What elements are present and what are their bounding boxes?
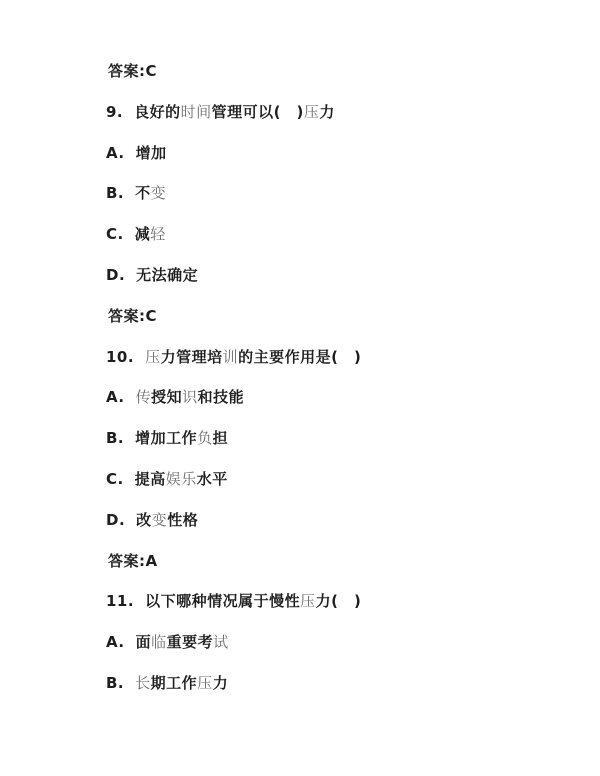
text-segment: 传 [136, 388, 152, 406]
line-marker: 11. [106, 593, 134, 609]
question-line: 10.压力管理培训的主要作用是( ) [106, 349, 570, 390]
document-page: 答案:C9.良好的时间管理可以( )压力A.增加B.不变C.减轻D.无法确定答案… [0, 0, 600, 776]
text-segment: 答案:C [108, 62, 157, 80]
text-segment: 面 [136, 633, 152, 651]
text-segment: 水平 [197, 470, 228, 488]
line-marker: 9. [106, 104, 123, 120]
line-marker: B. [106, 675, 124, 691]
text-segment: 长 [135, 674, 151, 692]
line-text: 良好的时间管理可以( )压力 [134, 103, 335, 121]
line-marker: A. [106, 634, 125, 650]
line-marker: A. [106, 145, 125, 161]
option-line: B.增加工作负担 [106, 430, 570, 471]
line-text: 答案:C [108, 307, 157, 325]
text-segment: 压 [304, 103, 320, 121]
text-segment: 试 [213, 633, 229, 651]
line-marker: B. [106, 185, 124, 201]
question-line: 11.以下哪种情况属于慢性压力( ) [106, 593, 570, 634]
text-segment: 压 [300, 592, 316, 610]
line-text: 改变性格 [136, 511, 198, 529]
text-segment: 增加工作 [135, 429, 197, 447]
text-segment: 的主要作用是( ) [238, 348, 361, 366]
line-marker: D. [106, 512, 125, 528]
option-line: B.不变 [106, 185, 570, 226]
text-segment: 力管理培 [161, 348, 223, 366]
option-line: C.提高娱乐水平 [106, 471, 570, 512]
text-segment: 变 [151, 184, 167, 202]
text-segment: 增加 [136, 144, 167, 162]
text-segment: 识 [182, 388, 198, 406]
line-marker: B. [106, 430, 124, 446]
text-segment: 力( ) [316, 592, 362, 610]
line-text: 减轻 [135, 225, 166, 243]
text-segment: 以下哪种情况属于慢性 [145, 592, 300, 610]
line-text: 提高娱乐水平 [135, 470, 228, 488]
line-text: 答案:A [108, 552, 158, 570]
line-marker: 10. [106, 349, 134, 365]
text-segment: 提高 [135, 470, 166, 488]
line-marker: D. [106, 267, 125, 283]
option-line: A.面临重要考试 [106, 634, 570, 675]
line-text: 增加 [136, 144, 167, 162]
answer-line: 答案:C [106, 308, 570, 349]
text-segment: 压 [145, 348, 161, 366]
line-text: 不变 [135, 184, 166, 202]
line-marker: C. [106, 226, 124, 242]
text-segment: 负 [197, 429, 213, 447]
line-text: 增加工作负担 [135, 429, 228, 447]
text-segment: 轻 [150, 225, 166, 243]
answer-line: 答案:A [106, 553, 570, 594]
line-marker: C. [106, 471, 124, 487]
text-segment: 良好的 [134, 103, 181, 121]
line-text: 长期工作压力 [135, 674, 228, 692]
option-line: A.传授知识和技能 [106, 389, 570, 430]
line-text: 面临重要考试 [136, 633, 229, 651]
line-marker: A. [106, 389, 125, 405]
question-list: 答案:C9.良好的时间管理可以( )压力A.增加B.不变C.减轻D.无法确定答案… [0, 0, 600, 716]
text-segment: 答案:A [108, 552, 158, 570]
text-segment: 无法确定 [136, 266, 198, 284]
line-text: 答案:C [108, 62, 157, 80]
text-segment: 减 [135, 225, 151, 243]
option-line: A.增加 [106, 145, 570, 186]
text-segment: 压 [197, 674, 213, 692]
question-line: 9.良好的时间管理可以( )压力 [106, 104, 570, 145]
text-segment: 性格 [167, 511, 198, 529]
line-text: 以下哪种情况属于慢性压力( ) [145, 592, 361, 610]
text-segment: 临 [151, 633, 167, 651]
line-text: 无法确定 [136, 266, 198, 284]
text-segment: 时间 [181, 103, 212, 121]
text-segment: 娱乐 [166, 470, 197, 488]
text-segment: 训 [223, 348, 239, 366]
text-segment: 重要考 [167, 633, 214, 651]
option-line: C.减轻 [106, 226, 570, 267]
option-line: D.无法确定 [106, 267, 570, 308]
text-segment: 和技能 [198, 388, 245, 406]
text-segment: 变 [152, 511, 168, 529]
text-segment: 担 [213, 429, 229, 447]
option-line: D.改变性格 [106, 512, 570, 553]
text-segment: 力 [319, 103, 335, 121]
line-text: 压力管理培训的主要作用是( ) [145, 348, 361, 366]
text-segment: 授知 [151, 388, 182, 406]
text-segment: 管理可以( ) [212, 103, 304, 121]
answer-line: 答案:C [106, 63, 570, 104]
text-segment: 期工作 [151, 674, 198, 692]
text-segment: 改 [136, 511, 152, 529]
option-line: B.长期工作压力 [106, 675, 570, 716]
text-segment: 力 [213, 674, 229, 692]
text-segment: 不 [135, 184, 151, 202]
line-text: 传授知识和技能 [136, 388, 245, 406]
text-segment: 答案:C [108, 307, 157, 325]
